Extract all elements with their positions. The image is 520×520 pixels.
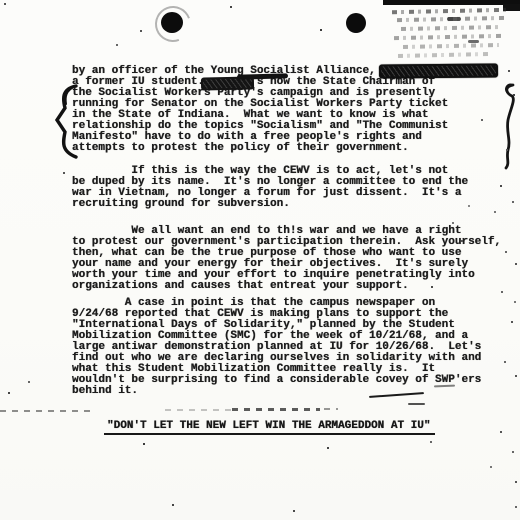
handwritten-brace-left-icon xyxy=(52,80,82,164)
paragraph-1: by an officer of the Young Socialist All… xyxy=(72,66,448,154)
scan-dash-artifact xyxy=(165,409,231,411)
paragraph-2: If this is the way the CEWV is to act, l… xyxy=(72,166,468,210)
stamp-smudge-row xyxy=(394,34,502,40)
scan-noise-speckles xyxy=(0,0,2,2)
stamp-smudge-row xyxy=(401,25,501,31)
handwritten-squiggle-right-icon xyxy=(498,80,520,172)
redaction-bar xyxy=(379,63,498,78)
scan-edge-bar xyxy=(383,0,520,5)
hole-punch-mark xyxy=(161,12,183,33)
paragraph-3: We all want an end to th!s war and we ha… xyxy=(72,226,501,292)
stamp-smudge-blob xyxy=(468,40,479,43)
paragraph-4: A case in point is that the campus newsp… xyxy=(72,298,481,397)
scan-dash-artifact xyxy=(0,410,92,412)
stamp-smudge-blob xyxy=(447,17,461,21)
redaction-scribble-texture xyxy=(203,78,252,88)
stamp-smudge-row xyxy=(392,8,510,14)
scan-dash-artifact xyxy=(232,408,320,411)
redaction-scribble-texture xyxy=(381,65,496,76)
scan-line-artifact xyxy=(408,403,425,405)
hole-punch-mark xyxy=(346,13,366,33)
scan-dash-artifact xyxy=(324,408,338,410)
stamp-smudge-row xyxy=(398,52,488,58)
slogan-line: "DON'T LET THE NEW LEFT WIN THE ARMAGEDD… xyxy=(104,420,435,435)
stamp-smudge-row xyxy=(403,43,499,49)
scanned-document-page: by an officer of the Young Socialist All… xyxy=(0,0,520,520)
